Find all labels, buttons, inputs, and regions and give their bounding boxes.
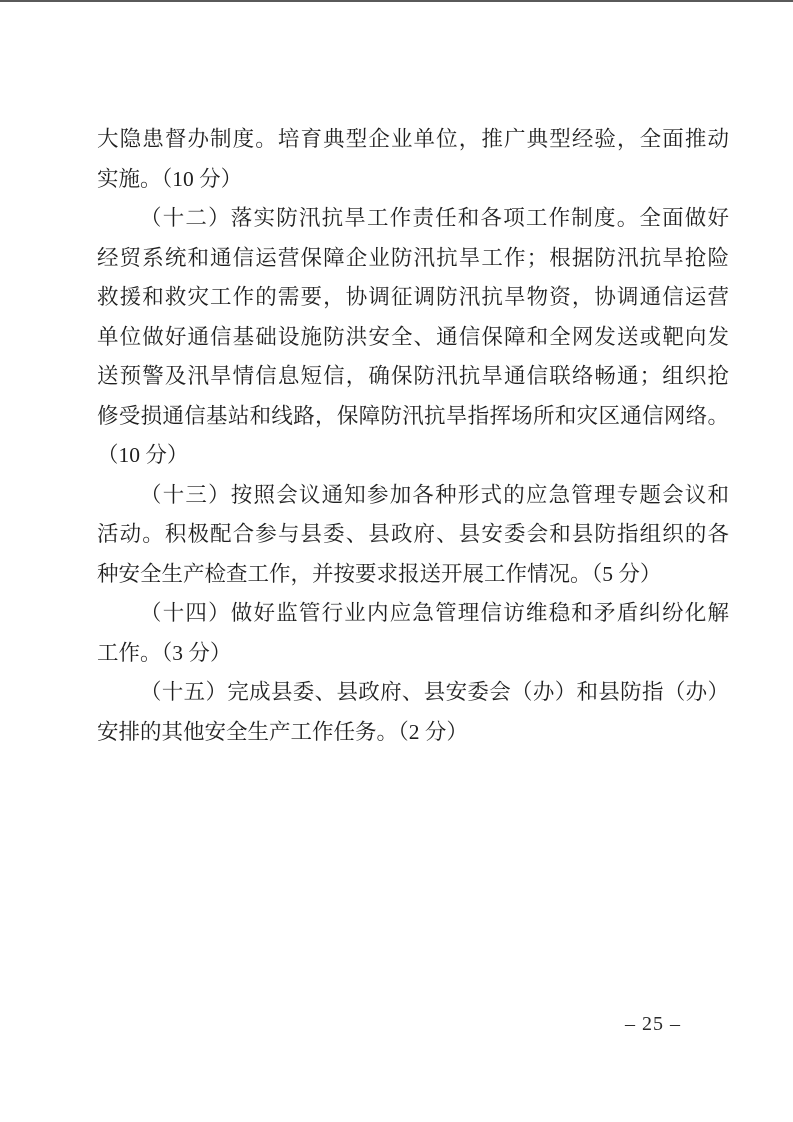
text-line: （十五）完成县委、县政府、县安委会（办）和县防指（办） [97,673,729,713]
text-line: 救援和救灾工作的需要，协调征调防汛抗旱物资，协调通信运营 [97,278,729,318]
document-body: 大隐患督办制度。培育典型企业单位，推广典型经验，全面推动实施。（10 分）（十二… [97,120,729,752]
paragraph: （十二）落实防汛抗旱工作责任和各项工作制度。全面做好经贸系统和通信运营保障企业防… [97,199,729,476]
text-line: （10 分） [97,436,729,476]
text-line: 大隐患督办制度。培育典型企业单位，推广典型经验，全面推动 [97,120,729,160]
text-line: （十二）落实防汛抗旱工作责任和各项工作制度。全面做好 [97,199,729,239]
paragraph: （十四）做好监管行业内应急管理信访维稳和矛盾纠纷化解工作。（3 分） [97,594,729,673]
text-line: 安排的其他安全生产工作任务。（2 分） [97,713,729,753]
paragraph: 大隐患督办制度。培育典型企业单位，推广典型经验，全面推动实施。（10 分） [97,120,729,199]
page-top-edge-artifact [0,0,793,2]
text-line: （十四）做好监管行业内应急管理信访维稳和矛盾纠纷化解 [97,594,729,634]
text-line: 送预警及汛旱情信息短信，确保防汛抗旱通信联络畅通；组织抢 [97,357,729,397]
text-line: 经贸系统和通信运营保障企业防汛抗旱工作；根据防汛抗旱抢险 [97,239,729,279]
text-line: 单位做好通信基础设施防洪安全、通信保障和全网发送或靶向发 [97,318,729,358]
text-line: （十三）按照会议通知参加各种形式的应急管理专题会议和 [97,476,729,516]
page-number: – 25 – [607,1012,699,1036]
paragraph: （十五）完成县委、县政府、县安委会（办）和县防指（办）安排的其他安全生产工作任务… [97,673,729,752]
text-line: 活动。积极配合参与县委、县政府、县安委会和县防指组织的各 [97,515,729,555]
text-line: 实施。（10 分） [97,160,729,200]
text-line: 种安全生产检查工作，并按要求报送开展工作情况。（5 分） [97,555,729,595]
document-page: 大隐患督办制度。培育典型企业单位，推广典型经验，全面推动实施。（10 分）（十二… [0,0,793,1122]
text-line: 工作。（3 分） [97,634,729,674]
text-line: 修受损通信基站和线路，保障防汛抗旱指挥场所和灾区通信网络。 [97,397,729,437]
paragraph: （十三）按照会议通知参加各种形式的应急管理专题会议和活动。积极配合参与县委、县政… [97,476,729,595]
